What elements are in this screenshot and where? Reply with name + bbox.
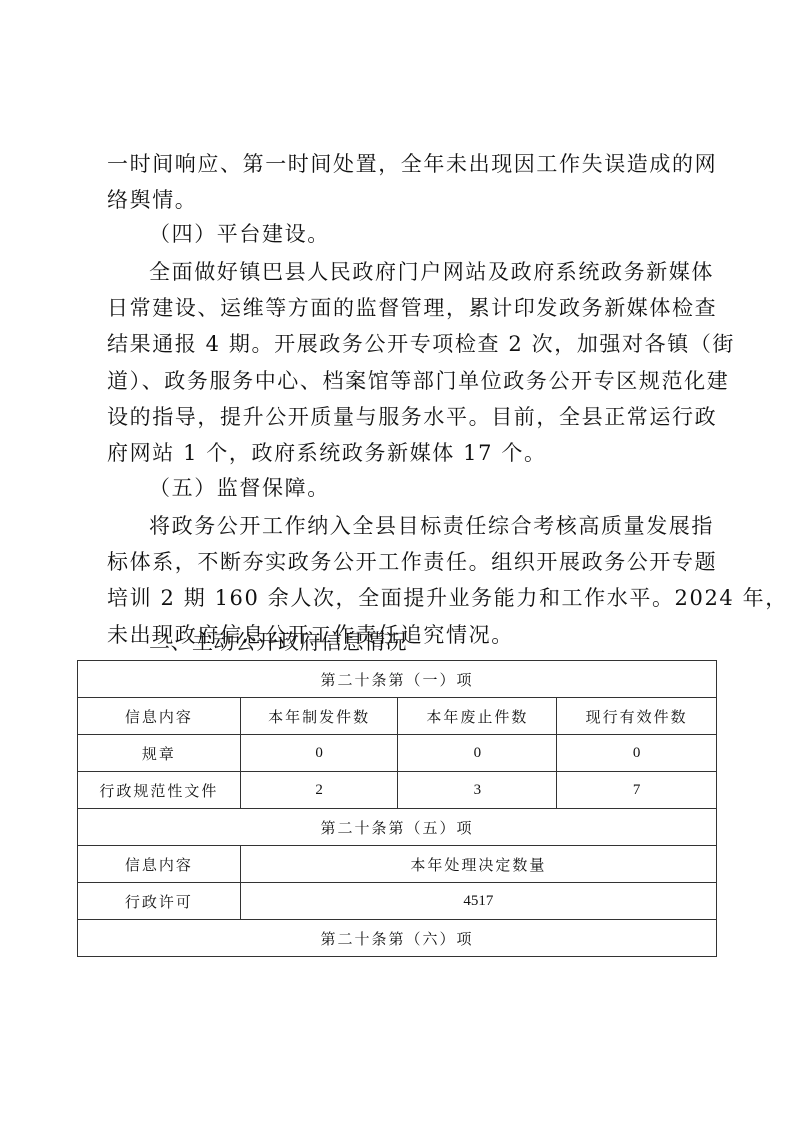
- text-line: 络舆情。: [107, 182, 687, 218]
- disclosure-table: 第二十条第（一）项 信息内容 本年制发件数 本年废止件数 现行有效件数 规章 0…: [77, 660, 717, 957]
- column-header: 本年废止件数: [398, 698, 557, 735]
- row-label: 规章: [78, 735, 241, 772]
- paragraph-platform-construction: 全面做好镇巴县人民政府门户网站及政府系统政务新媒体 日常建设、运维等方面的监督管…: [107, 254, 687, 471]
- table-cell: 0: [240, 735, 398, 772]
- table-row: 第二十条第（六）项: [78, 920, 717, 957]
- article-title: 第二十条第（五）项: [78, 809, 717, 846]
- section-title: 二、主动公开政府信息情况: [149, 626, 407, 656]
- row-label: 行政规范性文件: [78, 772, 241, 809]
- subheading-platform-construction: （四）平台建设。: [149, 218, 330, 248]
- text-line: 日常建设、运维等方面的监督管理，累计印发政务新媒体检查: [107, 290, 687, 326]
- text-line: 培训 2 期 160 余人次，全面提升业务能力和工作水平。2024 年，: [107, 580, 687, 616]
- document-page: 一时间响应、第一时间处置，全年未出现因工作失误造成的网 络舆情。 （四）平台建设…: [0, 0, 793, 1122]
- article-title: 第二十条第（一）项: [78, 661, 717, 698]
- text-line: 将政务公开工作纳入全县目标责任综合考核高质量发展指: [107, 508, 687, 544]
- table-row: 第二十条第（一）项: [78, 661, 717, 698]
- table-row: 行政许可 4517: [78, 883, 717, 920]
- column-header: 信息内容: [78, 846, 241, 883]
- text-line: 标体系，不断夯实政务公开工作责任。组织开展政务公开专题: [107, 544, 687, 580]
- text-line: 一时间响应、第一时间处置，全年未出现因工作失误造成的网: [107, 146, 687, 182]
- table-cell: 3: [398, 772, 557, 809]
- text-line: 设的指导，提升公开质量与服务水平。目前，全县正常运行政: [107, 399, 687, 435]
- row-label: 行政许可: [78, 883, 241, 920]
- table-cell: 4517: [240, 883, 716, 920]
- text-line: 结果通报 4 期。开展政务公开专项检查 2 次，加强对各镇（街: [107, 326, 687, 362]
- column-header: 现行有效件数: [557, 698, 717, 735]
- article-title: 第二十条第（六）项: [78, 920, 717, 957]
- table-cell: 2: [240, 772, 398, 809]
- table-header-row: 信息内容 本年处理决定数量: [78, 846, 717, 883]
- table-cell: 7: [557, 772, 717, 809]
- text-line: 全面做好镇巴县人民政府门户网站及政府系统政务新媒体: [107, 254, 687, 290]
- table-row: 行政规范性文件 2 3 7: [78, 772, 717, 809]
- text-line: 道）、政务服务中心、档案馆等部门单位政务公开专区规范化建: [107, 363, 687, 399]
- text-line: 府网站 1 个，政府系统政务新媒体 17 个。: [107, 435, 687, 471]
- table-row: 第二十条第（五）项: [78, 809, 717, 846]
- column-header: 信息内容: [78, 698, 241, 735]
- table-cell: 0: [398, 735, 557, 772]
- column-header: 本年制发件数: [240, 698, 398, 735]
- column-header: 本年处理决定数量: [240, 846, 716, 883]
- paragraph-public-opinion: 一时间响应、第一时间处置，全年未出现因工作失误造成的网 络舆情。: [107, 146, 687, 218]
- table-cell: 0: [557, 735, 717, 772]
- table-row: 规章 0 0 0: [78, 735, 717, 772]
- subheading-supervision: （五）监督保障。: [149, 472, 330, 502]
- table-header-row: 信息内容 本年制发件数 本年废止件数 现行有效件数: [78, 698, 717, 735]
